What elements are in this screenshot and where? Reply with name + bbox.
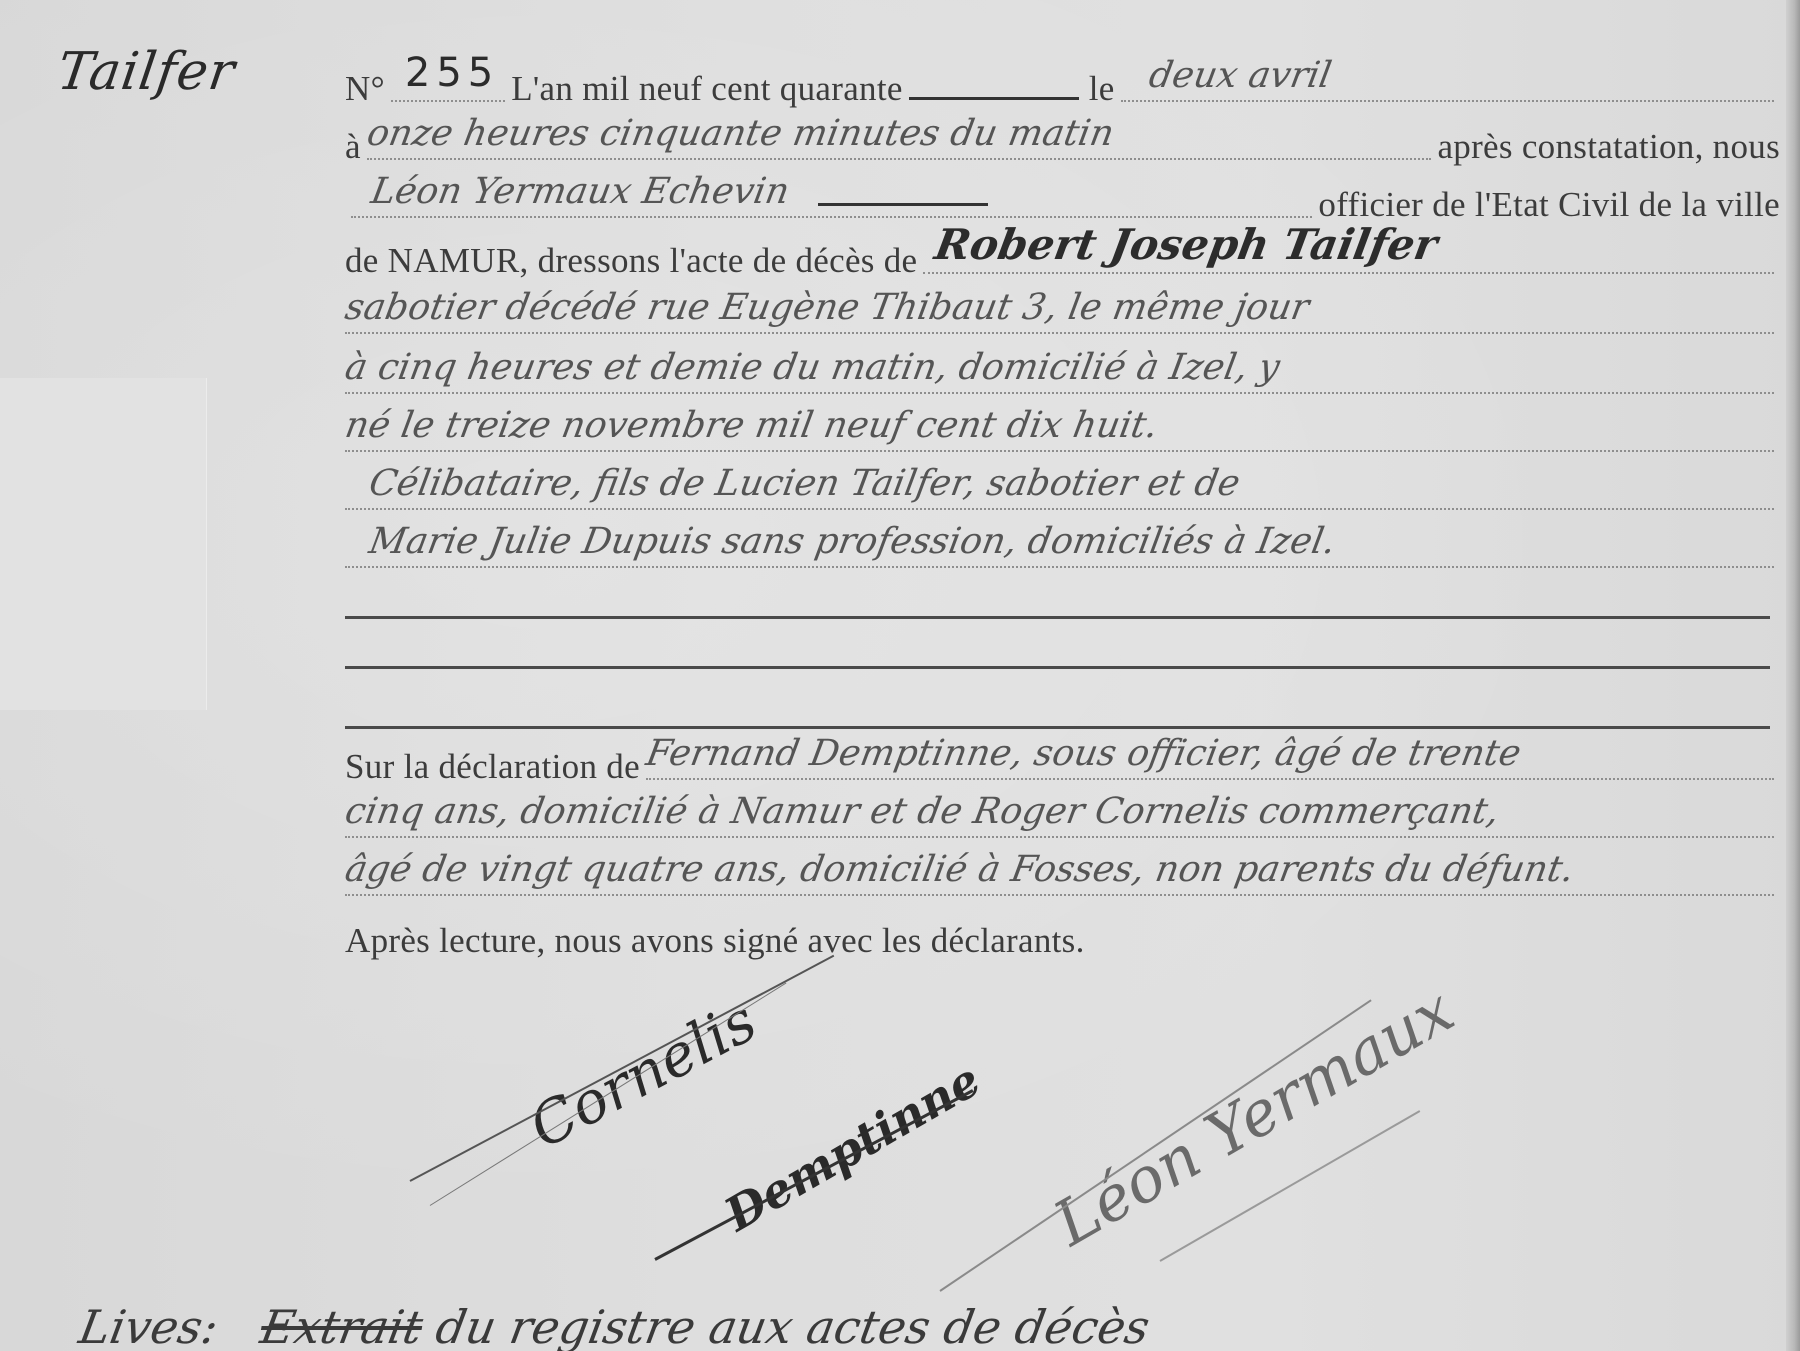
- year-blank-dash: [909, 97, 1079, 100]
- death-time-handwritten: à cinq heures et demie du matin, domicil…: [341, 350, 1282, 392]
- declarant2-field: cinq ans, domicilié à Namur et de Roger …: [345, 794, 1774, 838]
- footer-label: Lives:: [75, 1300, 222, 1351]
- deceased-field: Robert Joseph Tailfer: [923, 224, 1774, 274]
- father-field: Célibataire, fils de Lucien Tailfer, sab…: [345, 466, 1774, 510]
- declarant3-field: âgé de vingt quatre ans, domicilié à Fos…: [345, 852, 1774, 896]
- deceased-name-handwritten: Robert Joseph Tailfer: [931, 224, 1441, 272]
- constatation-text: après constatation, nous: [1437, 129, 1780, 168]
- footer-struck-word: Extrait: [257, 1300, 427, 1351]
- certificate-line-7: né le treize novembre mil neuf cent dix …: [345, 400, 1780, 460]
- father-handwritten: Célibataire, fils de Lucien Tailfer, sab…: [365, 466, 1242, 508]
- certificate-line-3: Léon Yermaux Echevin officier de l'Etat …: [345, 166, 1780, 226]
- certificate-line-5: sabotier décédé rue Eugène Thibaut 3, le…: [345, 282, 1780, 342]
- declaration-intro-text: Sur la déclaration de: [345, 749, 640, 788]
- declarant3-handwritten: âgé de vingt quatre ans, domicilié à Fos…: [341, 852, 1576, 894]
- declarant2-handwritten: cinq ans, domicilié à Namur et de Roger …: [341, 794, 1501, 836]
- closing-line: Après lecture, nous avons signé avec les…: [345, 902, 1780, 962]
- mother-field: Marie Julie Dupuis sans profession, domi…: [345, 524, 1774, 568]
- date-field: deux avril: [1121, 58, 1774, 102]
- declaration-line-2: cinq ans, domicilié à Namur et de Roger …: [345, 786, 1780, 846]
- certificate-line-4: de NAMUR, dressons l'acte de décès de Ro…: [345, 222, 1780, 282]
- certificate-line-8: Célibataire, fils de Lucien Tailfer, sab…: [345, 458, 1780, 518]
- a-text: à: [345, 129, 361, 168]
- birth-field: né le treize novembre mil neuf cent dix …: [345, 408, 1774, 452]
- number-field: 255: [391, 50, 505, 102]
- certificate-line-2: à onze heures cinquante minutes du matin…: [345, 108, 1780, 168]
- number-prefix: N°: [345, 71, 385, 110]
- certificate-number: 255: [391, 50, 505, 100]
- date-handwritten: deux avril: [1145, 58, 1334, 100]
- occupation-field: sabotier décédé rue Eugène Thibaut 3, le…: [345, 290, 1774, 334]
- footer-rest: du registre aux actes de décès: [432, 1300, 1154, 1351]
- time-field: onze heures cinquante minutes du matin: [367, 116, 1432, 160]
- officer-blank-dash: [818, 203, 988, 206]
- death-time-field: à cinq heures et demie du matin, domicil…: [345, 350, 1774, 394]
- ruled-line-1: [345, 616, 1770, 619]
- certificate-line-9: Marie Julie Dupuis sans profession, domi…: [345, 516, 1780, 576]
- year-intro-text: L'an mil neuf cent quarante: [511, 71, 902, 110]
- namur-text: de NAMUR, dressons l'acte de décès de: [345, 243, 917, 282]
- le-text: le: [1089, 71, 1115, 110]
- certificate-line-6: à cinq heures et demie du matin, domicil…: [345, 342, 1780, 402]
- declarant1-field: Fernand Demptinne, sous officier, âgé de…: [646, 736, 1774, 780]
- margin-surname: Tailfer: [54, 42, 239, 102]
- declaration-line-1: Sur la déclaration de Fernand Demptinne,…: [345, 728, 1780, 788]
- mother-handwritten: Marie Julie Dupuis sans profession, domi…: [365, 524, 1338, 566]
- closing-text: Après lecture, nous avons signé avec les…: [345, 923, 1085, 962]
- footer-annotation: Lives: Extrait du registre aux actes de …: [75, 1300, 1154, 1351]
- certificate-line-1: N° 255 L'an mil neuf cent quarante le de…: [345, 50, 1780, 110]
- occupation-handwritten: sabotier décédé rue Eugène Thibaut 3, le…: [341, 290, 1311, 332]
- officer-field: Léon Yermaux Echevin: [351, 174, 1312, 218]
- page-edge-shadow: [1786, 0, 1800, 1351]
- declaration-line-3: âgé de vingt quatre ans, domicilié à Fos…: [345, 844, 1780, 904]
- time-handwritten: onze heures cinquante minutes du matin: [363, 116, 1116, 158]
- birth-handwritten: né le treize novembre mil neuf cent dix …: [341, 408, 1160, 450]
- officer-handwritten: Léon Yermaux Echevin: [367, 174, 792, 216]
- scan-artifact-panel: [0, 378, 207, 710]
- declarant1-handwritten: Fernand Demptinne, sous officier, âgé de…: [642, 736, 1523, 778]
- ruled-line-2: [345, 666, 1770, 669]
